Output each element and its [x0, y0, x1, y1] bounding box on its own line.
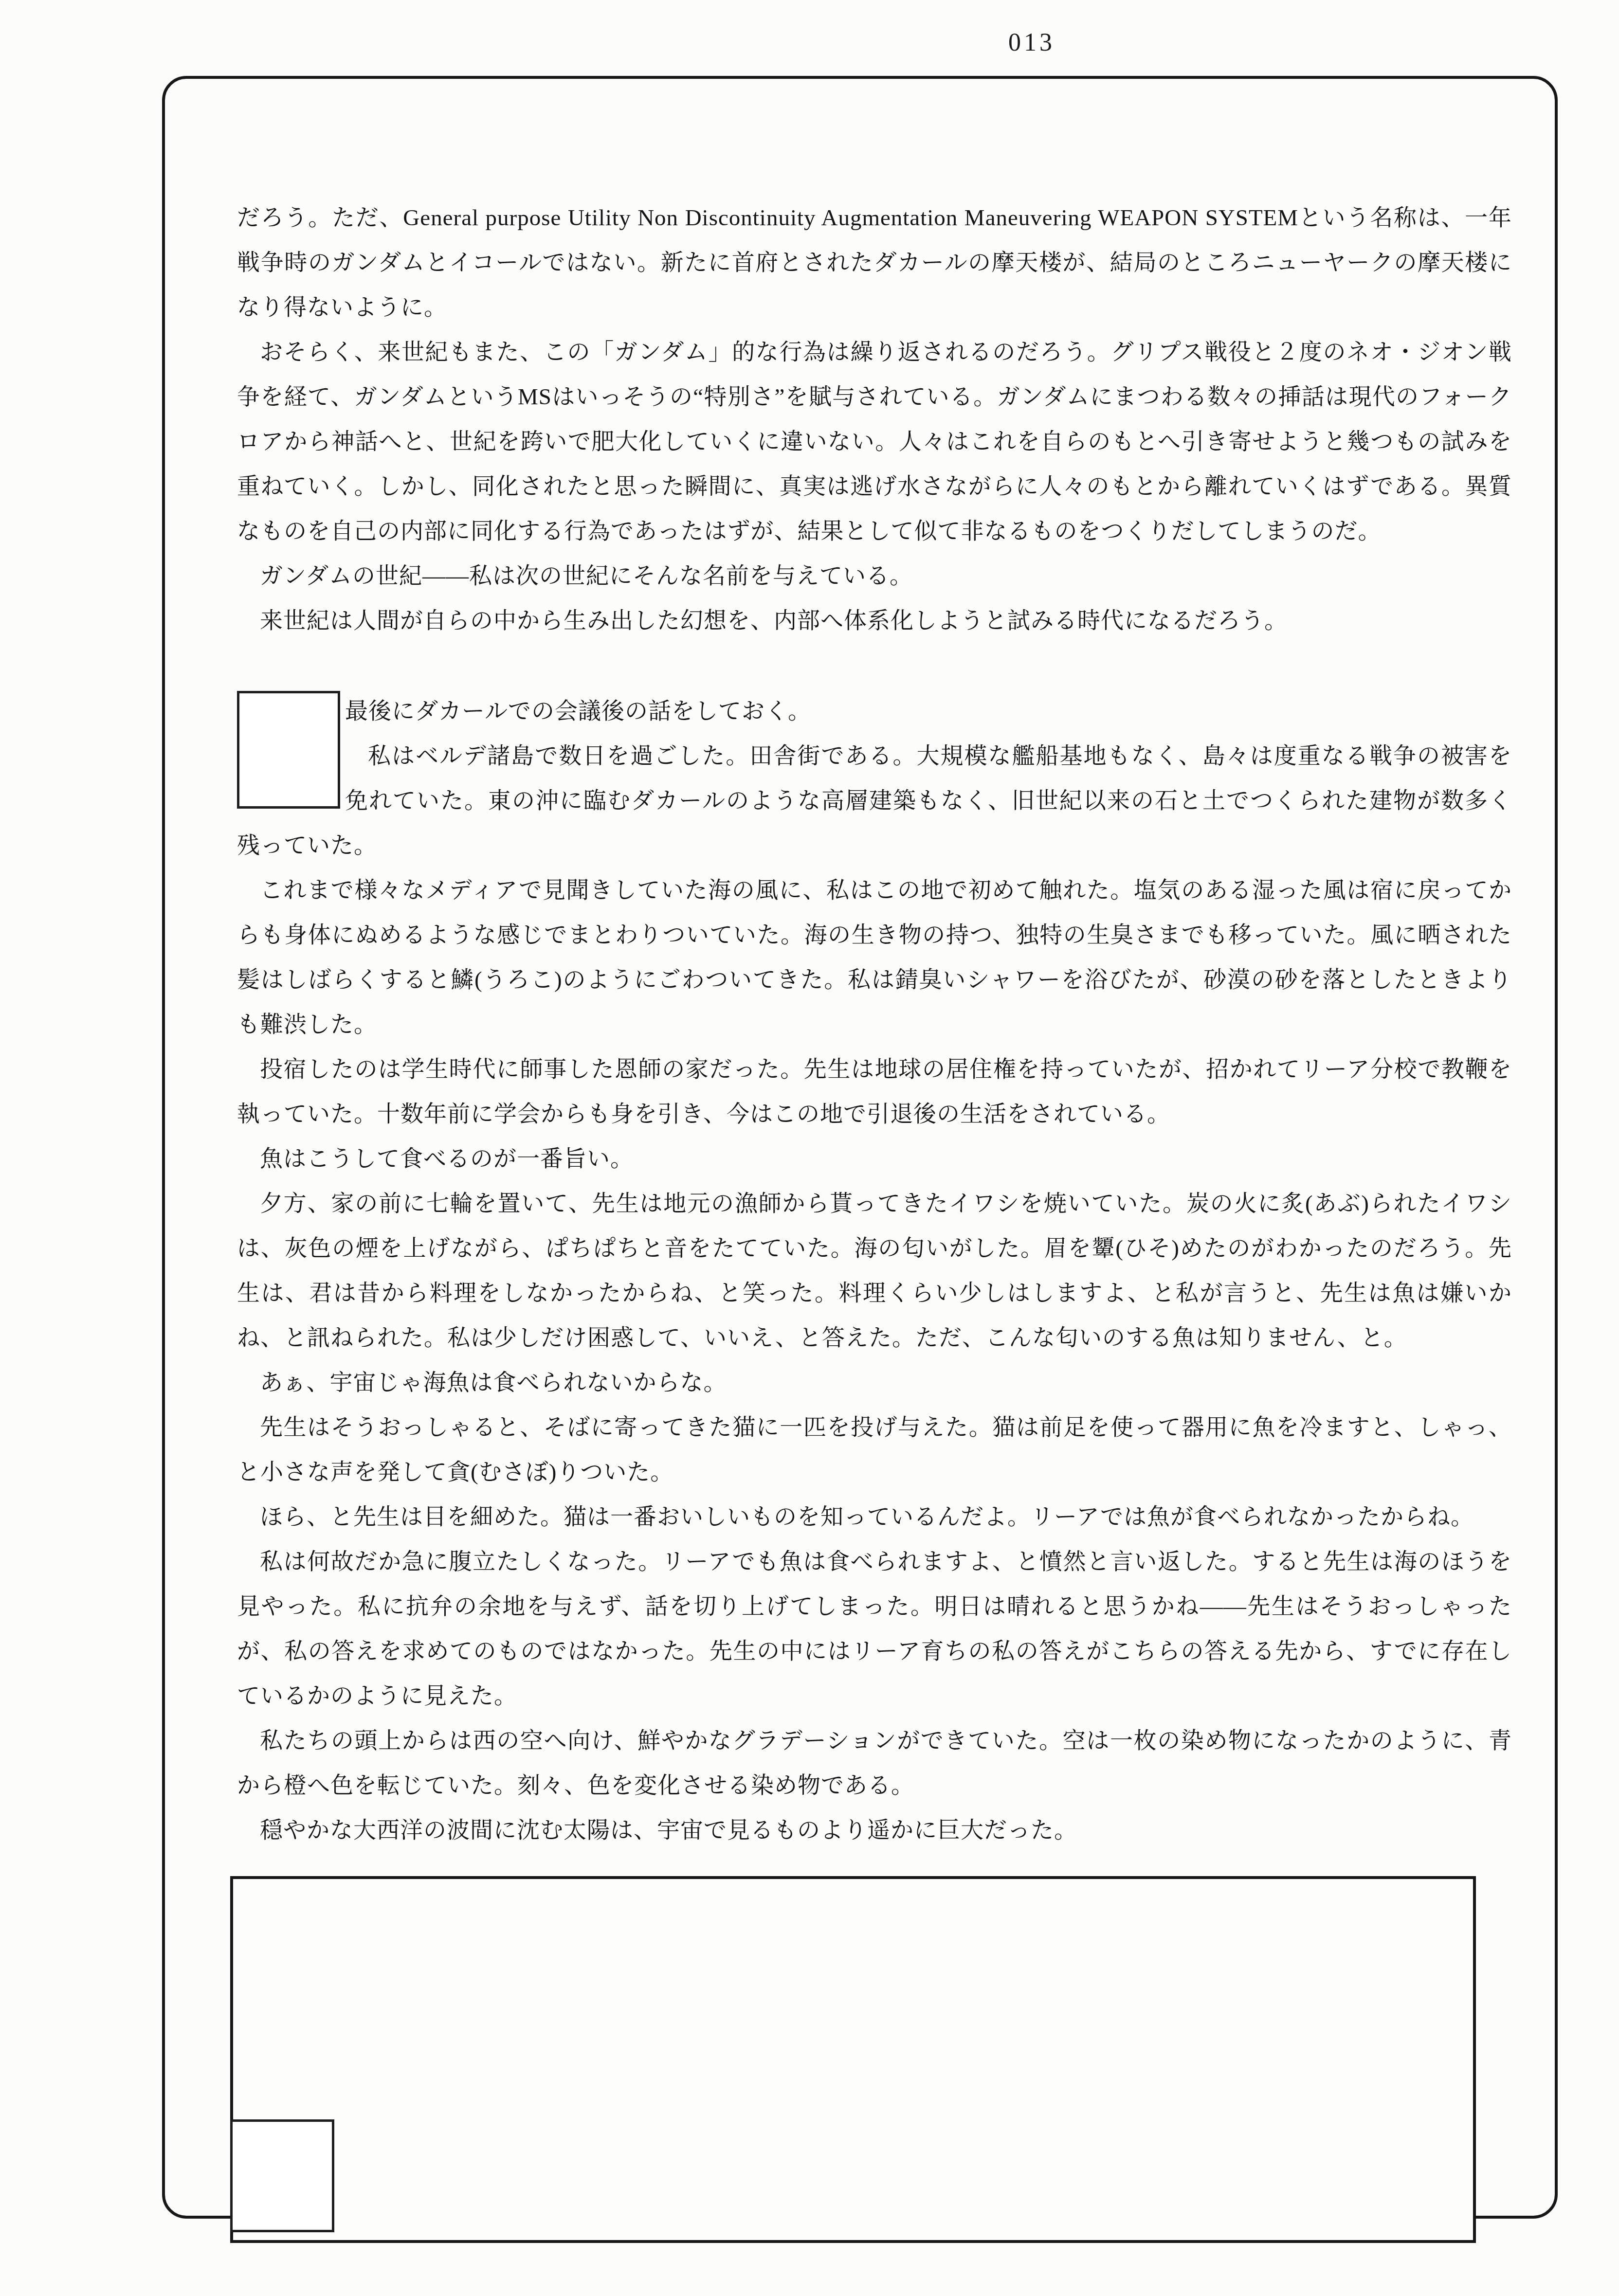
paragraph: ガンダムの世紀——私は次の世紀にそんな名前を与えている。 [237, 554, 1512, 598]
figure-inner-box [230, 2119, 334, 2232]
section-gap [237, 643, 1512, 689]
page-number: 013 [978, 28, 1085, 57]
body-text: だろう。ただ、General purpose Utility Non Disco… [237, 196, 1512, 2243]
paragraph: 私たちの頭上からは西の空へ向け、鮮やかなグラデーションができていた。空は一枚の染… [237, 1718, 1512, 1808]
paragraph: 最後にダカールでの会議後の話をしておく。 [237, 689, 1512, 734]
figure-placeholder-box [230, 1876, 1476, 2243]
paragraph: 穏やかな大西洋の波間に沈む太陽は、宇宙で見るものより遥かに巨大だった。 [237, 1808, 1512, 1853]
paragraph: 私は何故だか急に腹立たしくなった。リーアでも魚は食べられますよ、と憤然と言い返し… [237, 1539, 1512, 1718]
section-ornament-box [237, 691, 340, 809]
paragraph: だろう。ただ、General purpose Utility Non Disco… [237, 196, 1512, 330]
paragraph: あぁ、宇宙じゃ海魚は食べられないからな。 [237, 1360, 1512, 1405]
paragraph: 先生はそうおっしゃると、そばに寄ってきた猫に一匹を投げ与えた。猫は前足を使って器… [237, 1405, 1512, 1495]
paragraph: これまで様々なメディアで見聞きしていた海の風に、私はこの地で初めて触れた。塩気の… [237, 868, 1512, 1047]
body-text-part1: だろう。ただ、General purpose Utility Non Disco… [237, 196, 1512, 643]
paragraph: 私はベルデ諸島で数日を過ごした。田舎街である。大規模な艦船基地もなく、島々は度重… [237, 734, 1512, 868]
paragraph: 来世紀は人間が自らの中から生み出した幻想を、内部へ体系化しようと試みる時代になる… [237, 598, 1512, 643]
paragraph: 魚はこうして食べるのが一番旨い。 [237, 1137, 1512, 1181]
paragraph: 投宿したのは学生時代に師事した恩師の家だった。先生は地球の居住権を持っていたが、… [237, 1047, 1512, 1137]
paragraph: ほら、と先生は目を細めた。猫は一番おいしいものを知っているんだよ。リーアでは魚が… [237, 1495, 1512, 1539]
paragraph: おそらく、来世紀もまた、この「ガンダム」的な行為は繰り返されるのだろう。グリプス… [237, 330, 1512, 554]
paragraph: 夕方、家の前に七輪を置いて、先生は地元の漁師から貰ってきたイワシを焼いていた。炭… [237, 1181, 1512, 1360]
body-text-part2: 最後にダカールでの会議後の話をしておく。私はベルデ諸島で数日を過ごした。田舎街で… [237, 689, 1512, 1853]
